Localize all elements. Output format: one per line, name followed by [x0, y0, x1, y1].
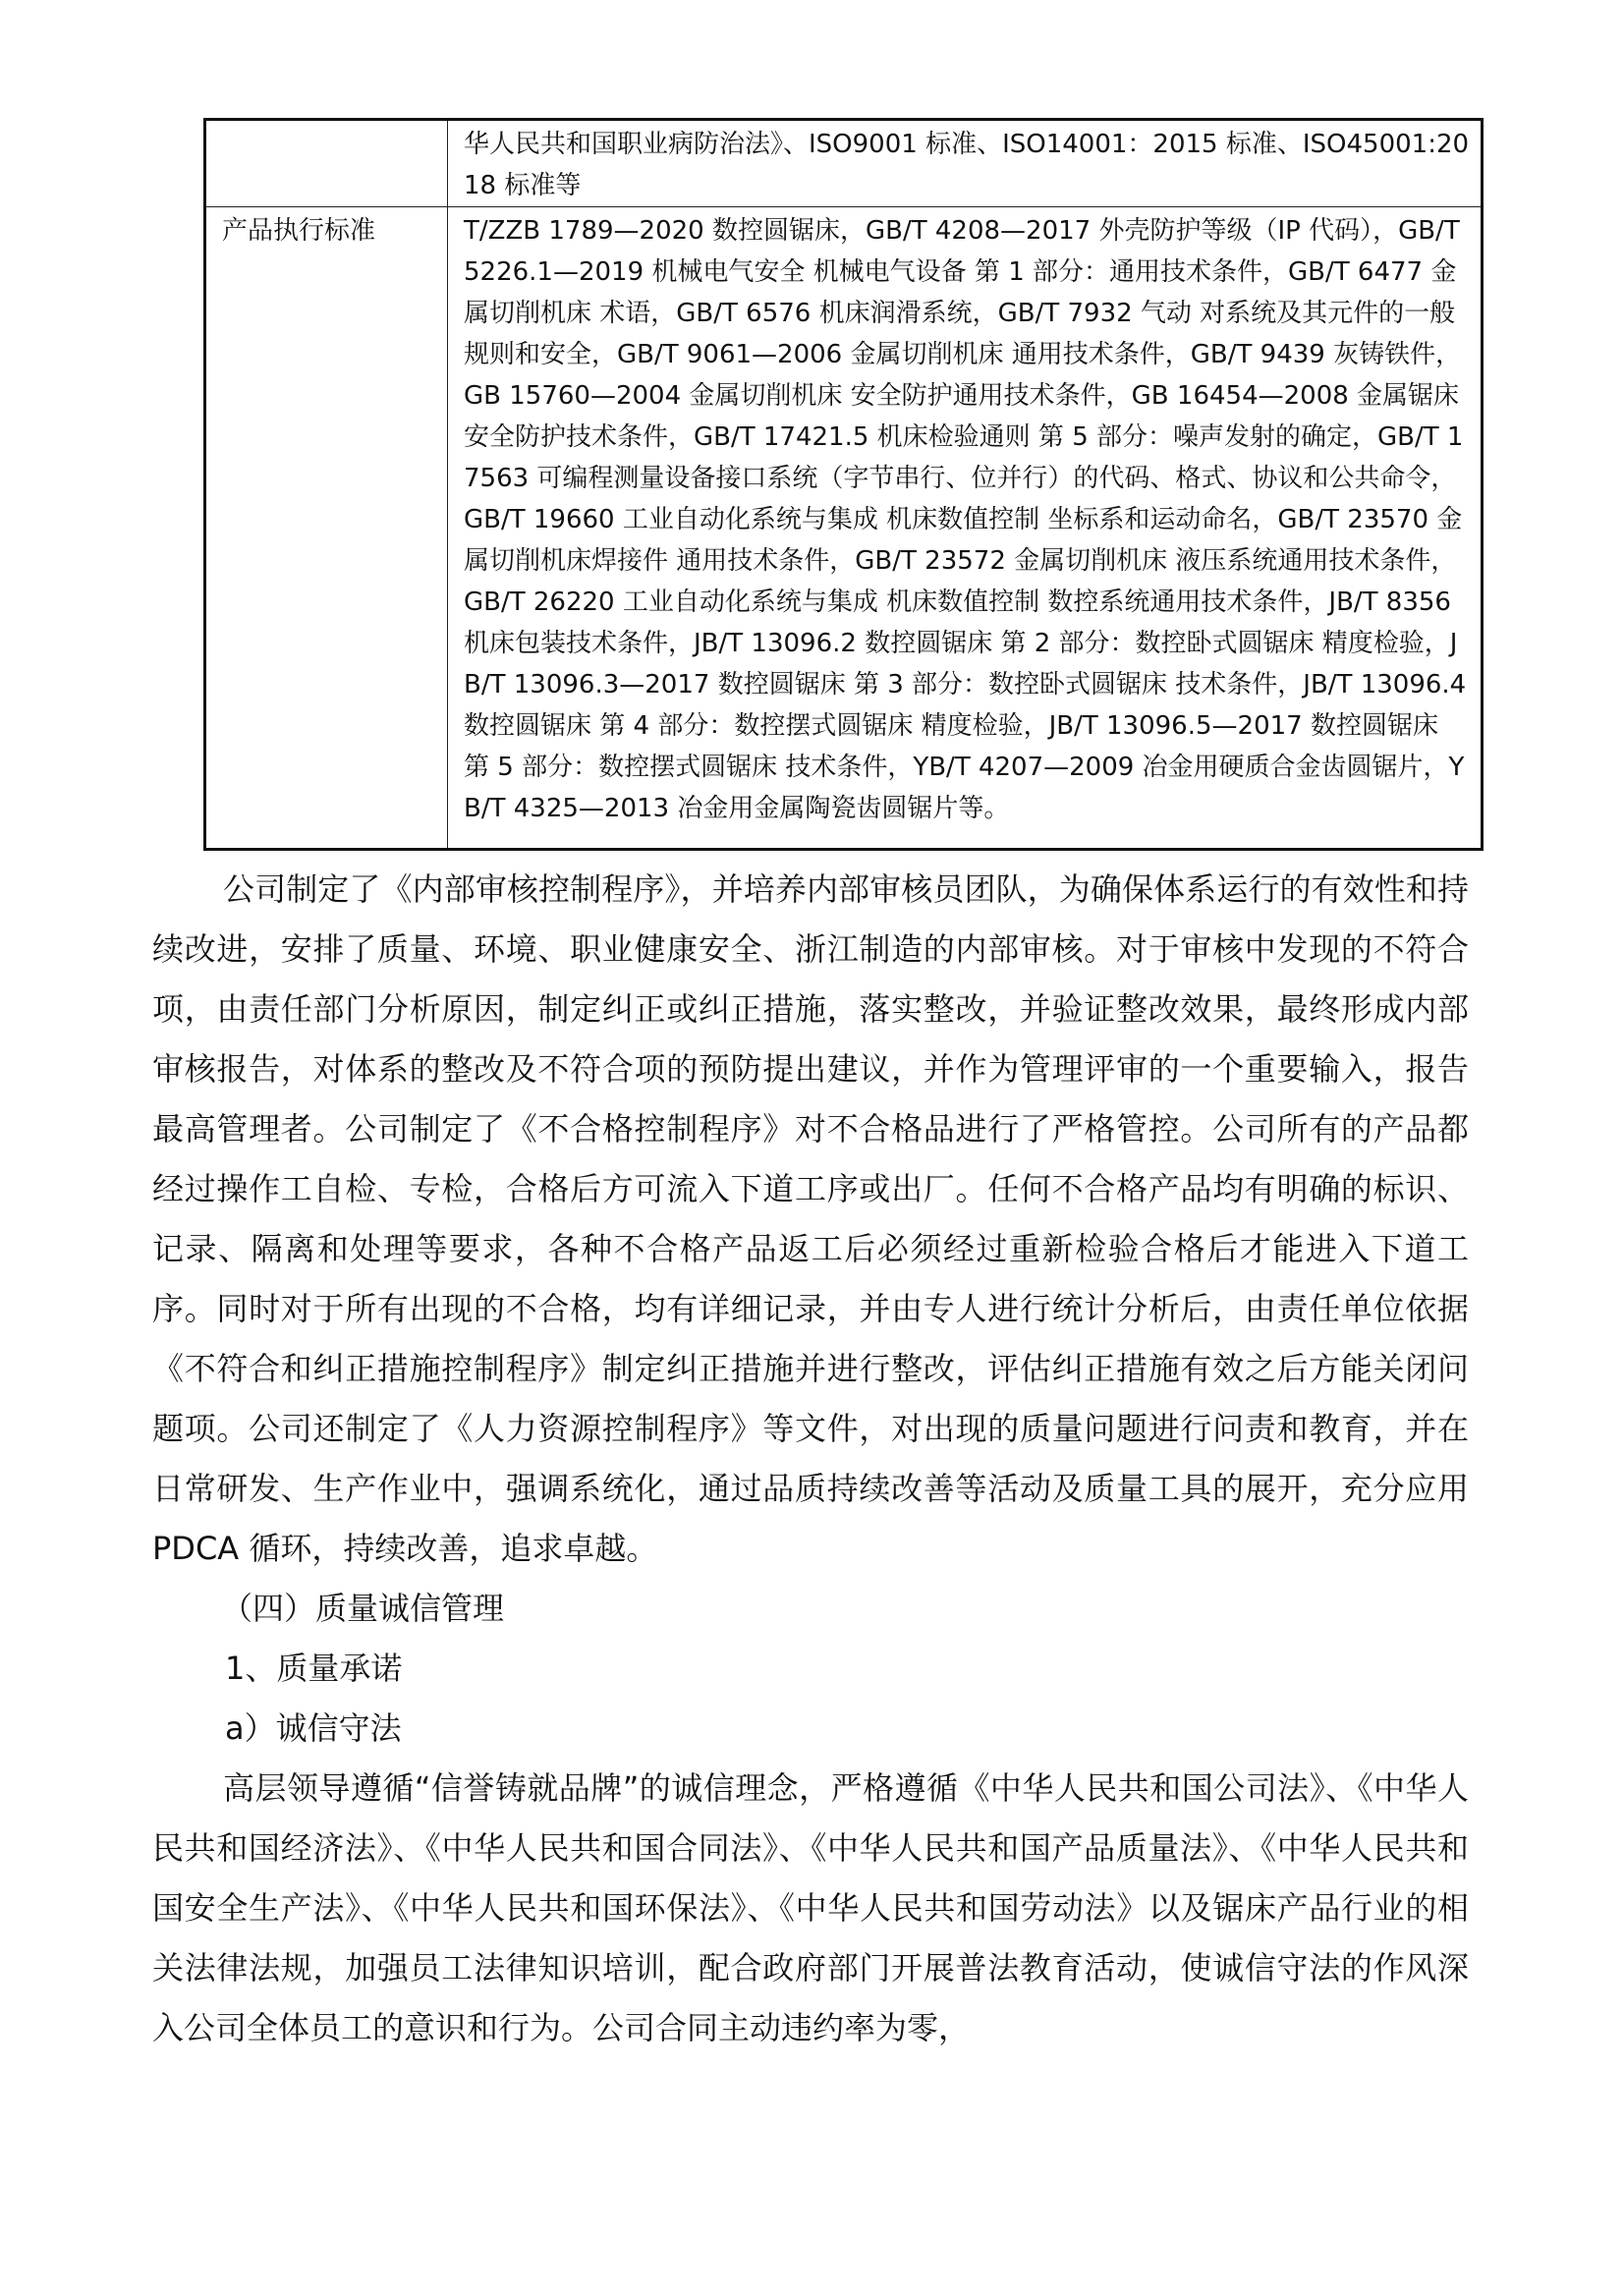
table-content-cell: 华人民共和国职业病防治法》、ISO9001 标准、ISO14001：2015 标… — [448, 120, 1483, 207]
standards-table: 华人民共和国职业病防治法》、ISO9001 标准、ISO14001：2015 标… — [203, 118, 1484, 851]
table-label-cell — [205, 120, 448, 207]
paragraph-integrity-law: 高层领导遵循“信誉铸就品牌”的诚信理念，严格遵循《中华人民共和国公司法》、《中华… — [152, 1759, 1469, 2058]
table-content-cell: T/ZZB 1789—2020 数控圆锯床，GB/T 4208—2017 外壳防… — [448, 207, 1483, 850]
table-row: 华人民共和国职业病防治法》、ISO9001 标准、ISO14001：2015 标… — [205, 120, 1483, 207]
item-heading: a）诚信守法 — [152, 1699, 1469, 1759]
subsection-heading: 1、质量承诺 — [152, 1639, 1469, 1699]
table-label-cell: 产品执行标准 — [205, 207, 448, 850]
document-body: 公司制定了《内部审核控制程序》，并培养内部审核员团队，为确保体系运行的有效性和持… — [152, 860, 1469, 2058]
paragraph-internal-audit: 公司制定了《内部审核控制程序》，并培养内部审核员团队，为确保体系运行的有效性和持… — [152, 860, 1469, 1579]
section-heading: （四）质量诚信管理 — [152, 1579, 1469, 1639]
table-row: 产品执行标准 T/ZZB 1789—2020 数控圆锯床，GB/T 4208—2… — [205, 207, 1483, 850]
